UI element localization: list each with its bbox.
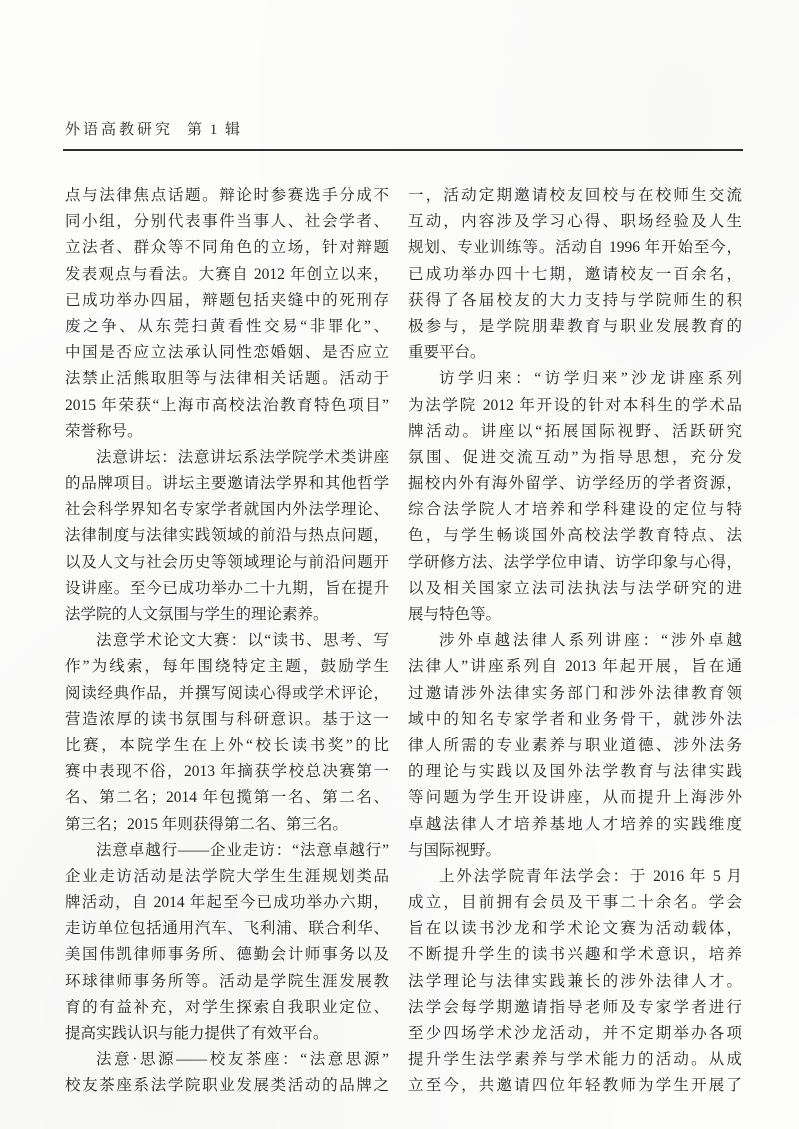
text-line: 已成功举办四十七期，邀请校友一百余名，: [408, 262, 742, 288]
text-line: 法意讲坛：法意讲坛系法学院学术类讲座: [65, 445, 389, 471]
text-line: 校友茶座系法学院职业发展类活动的品牌之: [65, 1073, 389, 1099]
text-line: 过邀请涉外法律实务部门和涉外法律教育领: [408, 681, 742, 707]
left-column: 点与法律焦点话题。辩论时参赛选手分成不同小组，分别代表事件当事人、社会学者、立法…: [65, 183, 389, 1100]
text-line: 成立，目前拥有会员及干事二十余名。学会: [408, 890, 742, 916]
text-line: 等问题为学生开设讲座，从而提升上海涉外: [408, 785, 742, 811]
text-line: 立法者、群众等不同角色的立场，针对辩题: [65, 235, 389, 261]
text-line: 提升学生法学素养与学术能力的活动。从成: [408, 1047, 742, 1073]
text-line: 美国伟凯律师事务所、德勤会计师事务以及: [65, 942, 389, 968]
text-line: 域中的知名专家学者和业务骨干，就涉外法: [408, 707, 742, 733]
text-line: 法律制度与法律实践领域的前沿与热点问题，: [65, 523, 389, 549]
text-line: 以及相关国家立法司法执法与法学研究的进: [408, 576, 742, 602]
text-line: 综合法学院人才培养和学科建设的定位与特: [408, 497, 742, 523]
text-line: 废之争、从东莞扫黄看性交易“非罪化”、: [65, 314, 389, 340]
text-line: 掘校内外有海外留学、访学经历的学者资源，: [408, 471, 742, 497]
text-line: 氛围、促进交流互动”为指导思想，充分发: [408, 445, 742, 471]
journal-title: 外语高教研究: [65, 122, 173, 138]
text-line: 第三名；2015 年则获得第二名、第三名。: [65, 812, 389, 838]
text-line: 营造浓厚的读书氛围与科研意识。基于这一: [65, 707, 389, 733]
right-column: 一，活动定期邀请校友回校与在校师生交流互动，内容涉及学习心得、职场经验及人生规划…: [408, 183, 742, 1100]
text-line: 名、第二名；2014 年包揽第一名、第二名、: [65, 785, 389, 811]
text-line: 学研修方法、法学学位申请、访学印象与心得，: [408, 550, 742, 576]
text-line: 重要平台。: [408, 340, 742, 366]
text-line: 发表观点与看法。大赛自 2012 年创立以来，: [65, 262, 389, 288]
text-line: 育的有益补充，对学生探索自我职业定位、: [65, 995, 389, 1021]
text-line: 同小组，分别代表事件当事人、社会学者、: [65, 209, 389, 235]
text-line: 荣誉称号。: [65, 419, 389, 445]
text-line: 企业走访活动是法学院大学生生涯规划类品: [65, 864, 389, 890]
text-line: 色，与学生畅谈国外高校法学教育特点、法: [408, 523, 742, 549]
text-line: 律人所需的专业素养与职业道德、涉外法务: [408, 733, 742, 759]
text-line: 作”为线索，每年围绕特定主题，鼓励学生: [65, 654, 389, 680]
text-line: 为法学院 2012 年开设的针对本科生的学术品: [408, 393, 742, 419]
text-line: 卓越法律人才培养基地人才培养的实践维度: [408, 812, 742, 838]
text-line: 立至今，共邀请四位年轻教师为学生开展了: [408, 1073, 742, 1099]
text-line: 法学理论与法律实践兼长的涉外法律人才。: [408, 969, 742, 995]
text-line: 访学归来：“访学归来”沙龙讲座系列: [408, 366, 742, 392]
text-line: 的理论与实践以及国外法学教育与法律实践: [408, 759, 742, 785]
text-line: 法律人”讲座系列自 2013 年起开展，旨在通: [408, 654, 742, 680]
text-line: 以及人文与社会历史等领域理论与前沿问题开: [65, 550, 389, 576]
text-line: 法学院的人文氛围与学生的理论素养。: [65, 602, 389, 628]
scanned-document-page: 外语高教研究第 1 辑 点与法律焦点话题。辩论时参赛选手分成不同小组，分别代表事…: [0, 0, 799, 1129]
text-line: 中国是否应立法承认同性恋婚姻、是否应立: [65, 340, 389, 366]
text-line: 赛中表现不俗，2013 年摘获学校总决赛第一: [65, 759, 389, 785]
text-body: 点与法律焦点话题。辩论时参赛选手分成不同小组，分别代表事件当事人、社会学者、立法…: [65, 183, 742, 1100]
text-line: 牌活动。讲座以“拓展国际视野、活跃研究: [408, 419, 742, 445]
text-line: 社会科学界知名专家学者就国内外法学理论、: [65, 497, 389, 523]
text-line: 设讲座。至今已成功举办二十九期，旨在提升: [65, 576, 389, 602]
text-line: 旨在以读书沙龙和学术论文赛为活动载体，: [408, 916, 742, 942]
text-line: 一，活动定期邀请校友回校与在校师生交流: [408, 183, 742, 209]
text-line: 已成功举办四届，辩题包括夹缝中的死刑存: [65, 288, 389, 314]
text-line: 展与特色等。: [408, 602, 742, 628]
text-line: 不断提升学生的读书兴趣和学术意识，培养: [408, 942, 742, 968]
text-line: 2015 年荣获“上海市高校法治教育特色项目”: [65, 393, 389, 419]
text-line: 牌活动，自 2014 年起至今已成功举办六期，: [65, 890, 389, 916]
text-line: 提高实践认识与能力提供了有效平台。: [65, 1021, 389, 1047]
text-line: 获得了各届校友的大力支持与学院师生的积: [408, 288, 742, 314]
running-head: 外语高教研究第 1 辑: [65, 118, 242, 139]
text-line: 点与法律焦点话题。辩论时参赛选手分成不: [65, 183, 389, 209]
text-line: 涉外卓越法律人系列讲座：“涉外卓越: [408, 628, 742, 654]
text-line: 极参与，是学院朋辈教育与职业发展教育的: [408, 314, 742, 340]
text-line: 与国际视野。: [408, 838, 742, 864]
volume-label: 第 1 辑: [187, 122, 242, 138]
text-line: 规划、专业训练等。活动自 1996 年开始至今，: [408, 235, 742, 261]
text-line: 至少四场学术沙龙活动，并不定期举办各项: [408, 1021, 742, 1047]
text-line: 法意学术论文大赛：以“读书、思考、写: [65, 628, 389, 654]
text-line: 走访单位包括通用汽车、飞利浦、联合利华、: [65, 916, 389, 942]
text-line: 上外法学院青年法学会：于 2016 年 5 月: [408, 864, 742, 890]
header-rule: [63, 149, 743, 151]
text-line: 互动，内容涉及学习心得、职场经验及人生: [408, 209, 742, 235]
text-line: 环球律师事务所等。活动是学院生涯发展教: [65, 969, 389, 995]
text-line: 法意卓越行——企业走访：“法意卓越行”: [65, 838, 389, 864]
text-line: 阅读经典作品，并撰写阅读心得或学术评论，: [65, 681, 389, 707]
text-line: 的品牌项目。讲坛主要邀请法学界和其他哲学: [65, 471, 389, 497]
text-line: 法学会每学期邀请指导老师及专家学者进行: [408, 995, 742, 1021]
text-line: 比赛，本院学生在上外“校长读书奖”的比: [65, 733, 389, 759]
text-line: 法禁止活熊取胆等与法律相关话题。活动于: [65, 366, 389, 392]
text-line: 法意·思源——校友茶座：“法意思源”: [65, 1047, 389, 1073]
